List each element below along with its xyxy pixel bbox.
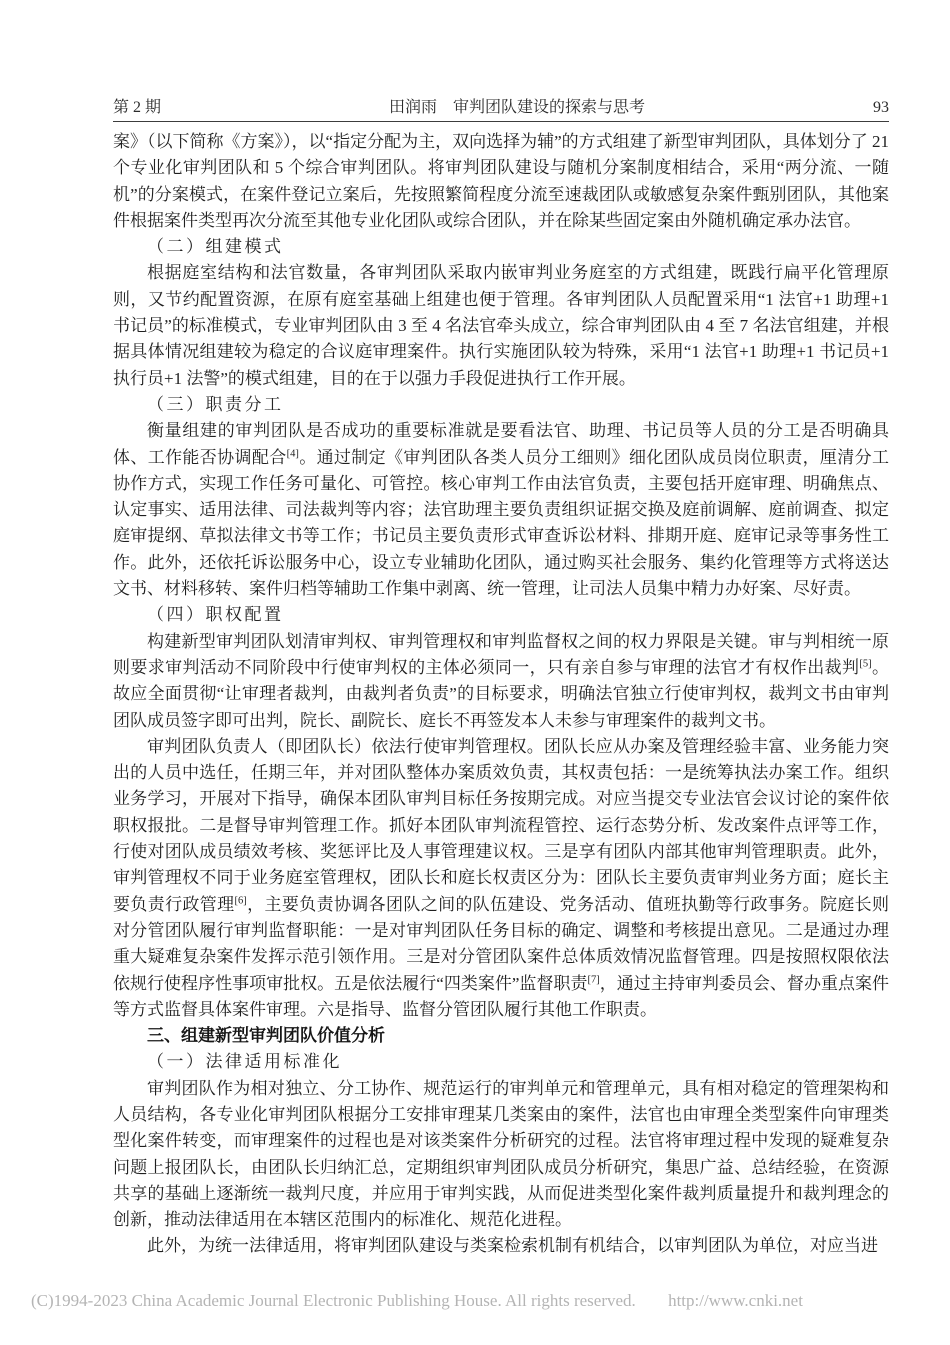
paragraph: 案》（以下简称《方案》），以“指定分配为主，双向选择为辅”的方式组建了新型审判团… <box>113 129 889 234</box>
issue-number: 第 2 期 <box>113 94 161 117</box>
copyright-notice: (C)1994-2023 China Academic Journal Elec… <box>31 1291 636 1310</box>
journal-page: 第 2 期 田润雨 审判团队建设的探索与思考 93 案》（以下简称《方案》），以… <box>0 0 950 1345</box>
footnote-ref: [5] <box>859 658 871 669</box>
footnote-ref: [7] <box>587 974 599 985</box>
page-footer: (C)1994-2023 China Academic Journal Elec… <box>31 1291 931 1311</box>
paragraph: 构建新型审判团队划清审判权、审判管理权和审判监督权之间的权力界限是关键。审与判相… <box>113 629 889 734</box>
footnote-ref: [4] <box>287 448 299 459</box>
sub-heading: （二）组建模式 <box>113 234 889 260</box>
sub-heading: （四）职权配置 <box>113 602 889 628</box>
section-heading: 三、组建新型审判团队价值分析 <box>113 1023 889 1049</box>
page-header: 第 2 期 田润雨 审判团队建设的探索与思考 93 <box>113 94 889 117</box>
paragraph: 审判团队作为相对独立、分工协作、规范运行的审判单元和管理单元，具有相对稳定的管理… <box>113 1076 889 1234</box>
page-number: 93 <box>873 99 889 117</box>
paragraph: 衡量组建的审判团队是否成功的重要标准就是要看法官、助理、书记员等人员的分工是否明… <box>113 418 889 602</box>
sub-heading: （一）法律适用标准化 <box>113 1049 889 1075</box>
header-divider <box>113 121 889 122</box>
paragraph: 审判团队负责人（即团队长）依法行使审判管理权。团队长应从办案及管理经验丰富、业务… <box>113 734 889 1023</box>
article-body: 案》（以下简称《方案》），以“指定分配为主，双向选择为辅”的方式组建了新型审判团… <box>113 129 889 1260</box>
sub-heading: （三）职责分工 <box>113 392 889 418</box>
running-title: 田润雨 审判团队建设的探索与思考 <box>161 94 873 117</box>
cnki-url[interactable]: http://www.cnki.net <box>668 1291 803 1310</box>
paragraph: 此外，为统一法律适用，将审判团队建设与类案检索机制有机结合，以审判团队为单位，对… <box>113 1233 889 1259</box>
paragraph: 根据庭室结构和法官数量，各审判团队采取内嵌审判业务庭室的方式组建，既践行扁平化管… <box>113 260 889 391</box>
footnote-ref: [6] <box>235 895 247 906</box>
